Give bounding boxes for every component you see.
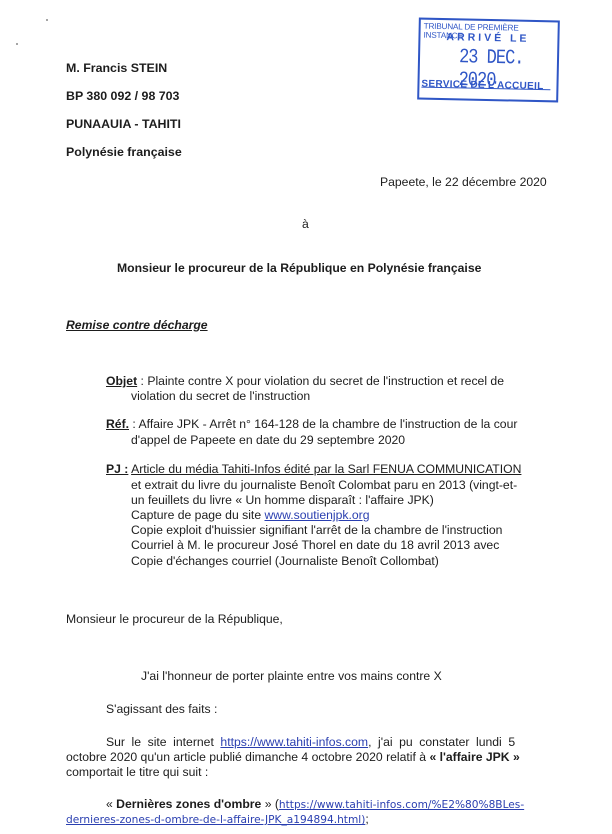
stamp-arrived: ARRIVÉ LE — [446, 31, 529, 45]
quote-line2: dernieres-zones-d-ombre-de-l-affaire-JPK… — [66, 812, 369, 826]
para1-line2-text: octobre 2020 qu'un article publié dimanc… — [66, 750, 429, 764]
ref-text: Affaire JPK - Arrêt n° 164-128 de la cha… — [139, 417, 518, 431]
para1-line3: comportait le titre qui suit : — [66, 765, 208, 779]
facts-heading: S'agissant des faits : — [106, 702, 217, 716]
recipient: Monsieur le procureur de la République e… — [117, 261, 481, 275]
pj-line2: et extrait du livre du journaliste Benoî… — [131, 478, 517, 492]
sender-country: Polynésie française — [66, 145, 182, 159]
ref-label: Réf. — [106, 417, 129, 431]
article-link-part1[interactable]: https://www.tahiti-infos.com/%E2%80%8BLe… — [279, 799, 524, 811]
pj-line6: Courriel à M. le procureur José Thorel e… — [131, 538, 499, 552]
pj-line3: un feuillets du livre « Un homme dispara… — [131, 493, 434, 507]
quote-open: « — [106, 797, 116, 811]
para1-prefix: Sur le site internet — [106, 735, 220, 749]
objet-label: Objet — [106, 374, 137, 388]
objet-line2: violation du secret de l'instruction — [131, 389, 310, 403]
ref-line1: Réf. : Affaire JPK - Arrêt n° 164-128 de… — [106, 417, 517, 431]
tahiti-infos-link[interactable]: https://www.tahiti-infos.com — [220, 735, 368, 749]
ref-sep: : — [129, 417, 139, 431]
stamp-service: SERVICE DE L'ACCUEIL — [421, 79, 543, 93]
salutation: Monsieur le procureur de la République, — [66, 612, 283, 626]
quote-close: » ( — [261, 797, 279, 811]
sender-po-box: BP 380 092 / 98 703 — [66, 89, 179, 103]
pj-capture-text: Capture de page du site — [131, 508, 264, 522]
intro-sentence: J'ai l'honneur de porter plainte entre v… — [141, 669, 442, 683]
para1-line1: Sur le site internet https://www.tahiti-… — [106, 735, 515, 749]
para1-suffix: , j'ai pu constater lundi 5 — [368, 735, 515, 749]
article-title: Dernières zones d'ombre — [116, 797, 261, 811]
pj-item-article: Article du média Tahiti-Infos édité par … — [131, 462, 521, 476]
pj-label: PJ : — [106, 462, 128, 476]
objet-sep: : — [137, 374, 147, 388]
delivery-note: Remise contre décharge — [66, 318, 208, 332]
quote-tail: ; — [365, 812, 368, 826]
objet-text: Plainte contre X pour violation du secre… — [147, 374, 504, 388]
to-word: à — [302, 217, 309, 231]
pj-line1: PJ : Article du média Tahiti-Infos édité… — [106, 462, 521, 476]
article-link-part2[interactable]: dernieres-zones-d-ombre-de-l-affaire-JPK… — [66, 814, 365, 826]
pj-line7: Copie d'échanges courriel (Journaliste B… — [131, 554, 439, 568]
reception-stamp: TRIBUNAL DE PREMIÈRE INSTANCE ARRIVÉ LE … — [417, 18, 560, 103]
scan-speck — [46, 19, 48, 21]
objet-line1: Objet : Plainte contre X pour violation … — [106, 374, 504, 388]
pj-line5: Copie exploit d'huissier signifiant l'ar… — [131, 523, 502, 537]
scan-speck — [16, 43, 18, 45]
sender-name: M. Francis STEIN — [66, 61, 167, 75]
sender-city: PUNAAUIA - TAHITI — [66, 117, 181, 131]
para1-line2: octobre 2020 qu'un article publié dimanc… — [66, 750, 520, 764]
quote-line1: « Dernières zones d'ombre » (https://www… — [106, 797, 524, 811]
ref-line2: d'appel de Papeete en date du 29 septemb… — [131, 433, 405, 447]
soutienjpk-link[interactable]: www.soutienjpk.org — [264, 508, 369, 522]
affaire-jpk-emphasis: « l'affaire JPK » — [429, 750, 519, 764]
pj-line4: Capture de page du site www.soutienjpk.o… — [131, 508, 369, 522]
date-line: Papeete, le 22 décembre 2020 — [380, 175, 547, 189]
